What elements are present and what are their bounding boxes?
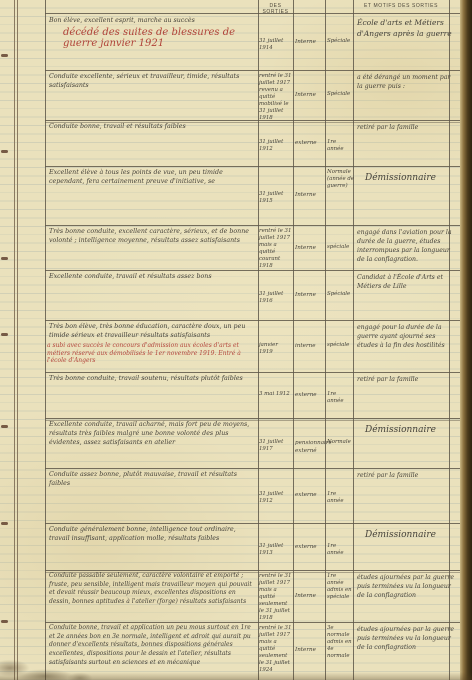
observations-text: Conduite excellente, sérieux et travaill… — [49, 72, 255, 90]
table-row: Conduite assez bonne, plutôt mauvaise, t… — [45, 468, 461, 523]
exit-motive: Démissionnaire — [365, 529, 465, 542]
exit-date: rentré le 31 juillet 1917 mais a quitté … — [259, 573, 293, 622]
regime-status: Interne — [295, 38, 325, 46]
exit-date: 31 juillet 1912 — [259, 491, 293, 505]
table-row: Conduite bonne, travail et résultats fai… — [45, 120, 461, 166]
table-row: Conduite généralement bonne, intelligenc… — [45, 523, 461, 570]
exit-motive: retiré par la famille — [357, 376, 457, 385]
class-level: 1re année — [327, 391, 354, 405]
class-level: Spéciale — [327, 291, 354, 298]
class-level: spéciale — [327, 342, 354, 349]
exit-motive: retiré par la famille — [357, 124, 457, 133]
regime-status: Interne — [295, 191, 325, 199]
table-row: Très bon élève, très bonne éducation, ca… — [45, 320, 461, 372]
binding-mark — [1, 425, 8, 428]
exit-date: rentré le 31 juillet 1917 mais a quitté … — [259, 625, 293, 674]
exit-date: janvier 1919 — [259, 342, 293, 356]
table-row: Bon élève, excellent esprit, marche au s… — [45, 14, 461, 70]
class-level: 1re année admis en spéciale — [327, 573, 354, 601]
table-row: Conduite excellente, sérieux et travaill… — [45, 70, 461, 120]
exit-motive: engagé dans l'aviation pour la durée de … — [357, 229, 457, 265]
table-row: Très bonne conduite, travail soutenu, ré… — [45, 372, 461, 418]
regime-status: Interne — [295, 592, 325, 600]
class-level: Normale (année de guerre) — [327, 169, 354, 190]
observations-text: Excellent élève à tous les points de vue… — [49, 168, 255, 186]
binding-mark — [1, 150, 8, 153]
exit-date: 31 juillet 1914 — [259, 38, 293, 52]
column-header-motifs-des-sorties: ET MOTIFS DES SORTIES — [353, 3, 449, 9]
exit-date: 31 juillet 1915 — [259, 191, 293, 205]
exit-motive: École d'arts et Métiers d'Angers après l… — [357, 18, 457, 40]
exit-date: 31 juillet 1916 — [259, 291, 293, 305]
class-level: 3e normale admis en 4e normale — [327, 625, 354, 660]
binding-mark — [1, 522, 8, 525]
exit-date: rentré le 31 juillet 1917 revenu a quitt… — [259, 73, 293, 122]
class-level: Spéciale — [327, 38, 354, 45]
binding-mark — [1, 333, 8, 336]
observations-text: Très bonne conduite, excellent caractère… — [49, 227, 255, 245]
observations-text: Bon élève, excellent esprit, marche au s… — [49, 16, 255, 25]
regime-status: externe — [295, 391, 325, 399]
table-row: Conduite passable seulement, caractère v… — [45, 570, 461, 622]
table-row: Excellent élève à tous les points de vue… — [45, 166, 461, 225]
corner-stains — [0, 620, 120, 680]
class-level: Normale — [327, 439, 354, 446]
observations-text: Conduite généralement bonne, intelligenc… — [49, 525, 255, 543]
margin-rule — [17, 0, 18, 680]
exit-motive: études ajournées par la guerre puis term… — [357, 574, 457, 601]
regime-status: Interne — [295, 244, 325, 252]
exit-date: 31 juillet 1917 — [259, 439, 293, 453]
class-level: spéciale — [327, 244, 354, 251]
exit-motive: a été dérangé un moment par la guerre pu… — [357, 74, 457, 92]
regime-status: externe — [295, 139, 325, 147]
register-page-scan: DES SORTIES ET MOTIFS DES SORTIES Bon él… — [0, 0, 472, 680]
regime-status: pensionnaire externé — [295, 439, 325, 455]
death-note-red-ink: décédé des suites de blessures de guerre… — [63, 27, 259, 49]
regime-status: externe — [295, 543, 325, 551]
regime-status: Interne — [295, 91, 325, 99]
binding-mark — [1, 257, 8, 260]
exit-date: 3 mai 1912 — [259, 391, 293, 398]
exit-date: rentré le 31 juillet 1917 mais a quitté … — [259, 228, 293, 270]
page-edge-dark — [460, 0, 472, 680]
admission-note-red-ink: a subi avec succès le concours d'admissi… — [47, 342, 259, 365]
observations-text: Conduite passable seulement, caractère v… — [49, 572, 255, 607]
exit-date: 31 juillet 1913 — [259, 543, 293, 557]
table-row: Excellente conduite, travail acharné, ma… — [45, 418, 461, 468]
table-row: Excellente conduite, travail et résultat… — [45, 270, 461, 320]
observations-text: Très bonne conduite, travail soutenu, ré… — [49, 374, 255, 383]
binding-mark — [1, 54, 8, 57]
regime-status: interne — [295, 342, 325, 350]
class-level: 1re année — [327, 139, 354, 153]
class-level: 1re année — [327, 543, 354, 557]
exit-motive: Démissionnaire — [365, 424, 465, 437]
regime-status: Interne — [295, 291, 325, 299]
exit-motive: Candidat à l'École d'Arts et Métiers de … — [357, 274, 457, 292]
table-row: Très bonne conduite, excellent caractère… — [45, 225, 461, 270]
observations-text: Très bon élève, très bonne éducation, ca… — [49, 322, 255, 340]
observations-text: Conduite assez bonne, plutôt mauvaise, t… — [49, 470, 255, 488]
regime-status: Interne — [295, 646, 325, 654]
regime-status: externe — [295, 491, 325, 499]
class-level: 1re année — [327, 491, 354, 505]
class-level: Spéciale — [327, 91, 354, 98]
exit-motive: Démissionnaire — [365, 172, 465, 185]
observations-text: Excellente conduite, travail et résultat… — [49, 272, 255, 281]
observations-text: Excellente conduite, travail acharné, ma… — [49, 420, 255, 447]
exit-motive: retiré par la famille — [357, 472, 457, 481]
margin-rule — [14, 0, 15, 680]
observations-text: Conduite bonne, travail et résultats fai… — [49, 122, 255, 131]
exit-date: 31 juillet 1912 — [259, 139, 293, 153]
exit-motive: engagé pour la durée de la guerre ayant … — [357, 324, 457, 351]
exit-motive: études ajournées par la guerre puis term… — [357, 626, 457, 653]
